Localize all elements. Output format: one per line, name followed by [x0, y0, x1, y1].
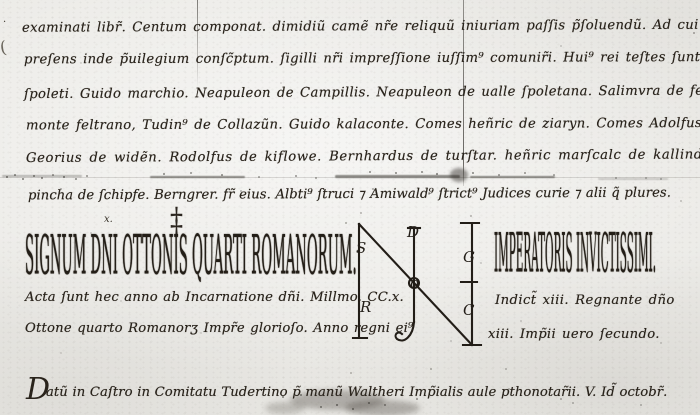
imperii-line: xiii. Imp̃ii uero ſecundo.	[488, 328, 660, 343]
monogram-letter-s: S	[356, 239, 366, 257]
stain-dash	[2, 175, 82, 177]
signum-elongata-left: SIGNUM DNI OTTONIS QUARTI ROMANORUM.	[25, 240, 357, 282]
stain-dash	[598, 178, 668, 180]
monogram-letter-o: o	[410, 274, 419, 292]
ink-speckles-light	[0, 0, 2, 2]
charter-scan: y ſ y g p ſtrũe Ac q̃ ſue pſumpſerit int…	[0, 0, 700, 415]
script-line: ſpoleti. Guido marchio. Neapuleon de Cam…	[24, 84, 700, 103]
margin-x-mark: x.	[104, 214, 113, 225]
monogram-letter-c: C	[463, 301, 475, 319]
stain-blob	[450, 168, 468, 182]
monogram-letter-g: G	[463, 248, 475, 266]
margin-dot: .	[3, 14, 6, 25]
stain-dash	[470, 176, 555, 178]
stain-blob	[345, 400, 420, 415]
script-line: monte feltrano, Tudin⁹ de Collazũn. Guid…	[26, 117, 700, 134]
regnal-line: Ottone quarto Romanorʒ Impr̃e glorioſo. …	[25, 322, 413, 337]
script-line: pincha de ſchipfe. Berngrer. fr̃ eius. A…	[28, 187, 671, 204]
script-line: preſens inde p̃uilegium conſc̃ptum. ſigi…	[24, 51, 700, 68]
acta-line: Acta ſunt hec anno ab Incarnatione dñi. …	[25, 291, 404, 306]
script-line: examinati libr̃. Centum componat. dimidi…	[22, 18, 700, 36]
script-line: Georius de widẽn. Rodolfus de kiflowe. B…	[26, 148, 700, 167]
stain-blob	[265, 402, 305, 414]
signum-elongata-right: IMPERATORIS INVICTISSIMI.	[494, 238, 656, 280]
stain-dash	[335, 175, 460, 178]
script-line-top-fragment: y ſ y g p ſtrũe Ac q̃ ſue pſumpſerit int…	[14, 0, 685, 2]
monogram-letter-d: D	[406, 223, 419, 241]
indiction-line: Indict̃ xiii. Regnante dño	[495, 294, 675, 309]
stain-dash	[150, 176, 245, 178]
fold-crease-left	[197, 0, 198, 88]
margin-paren-mark: (	[0, 38, 8, 59]
